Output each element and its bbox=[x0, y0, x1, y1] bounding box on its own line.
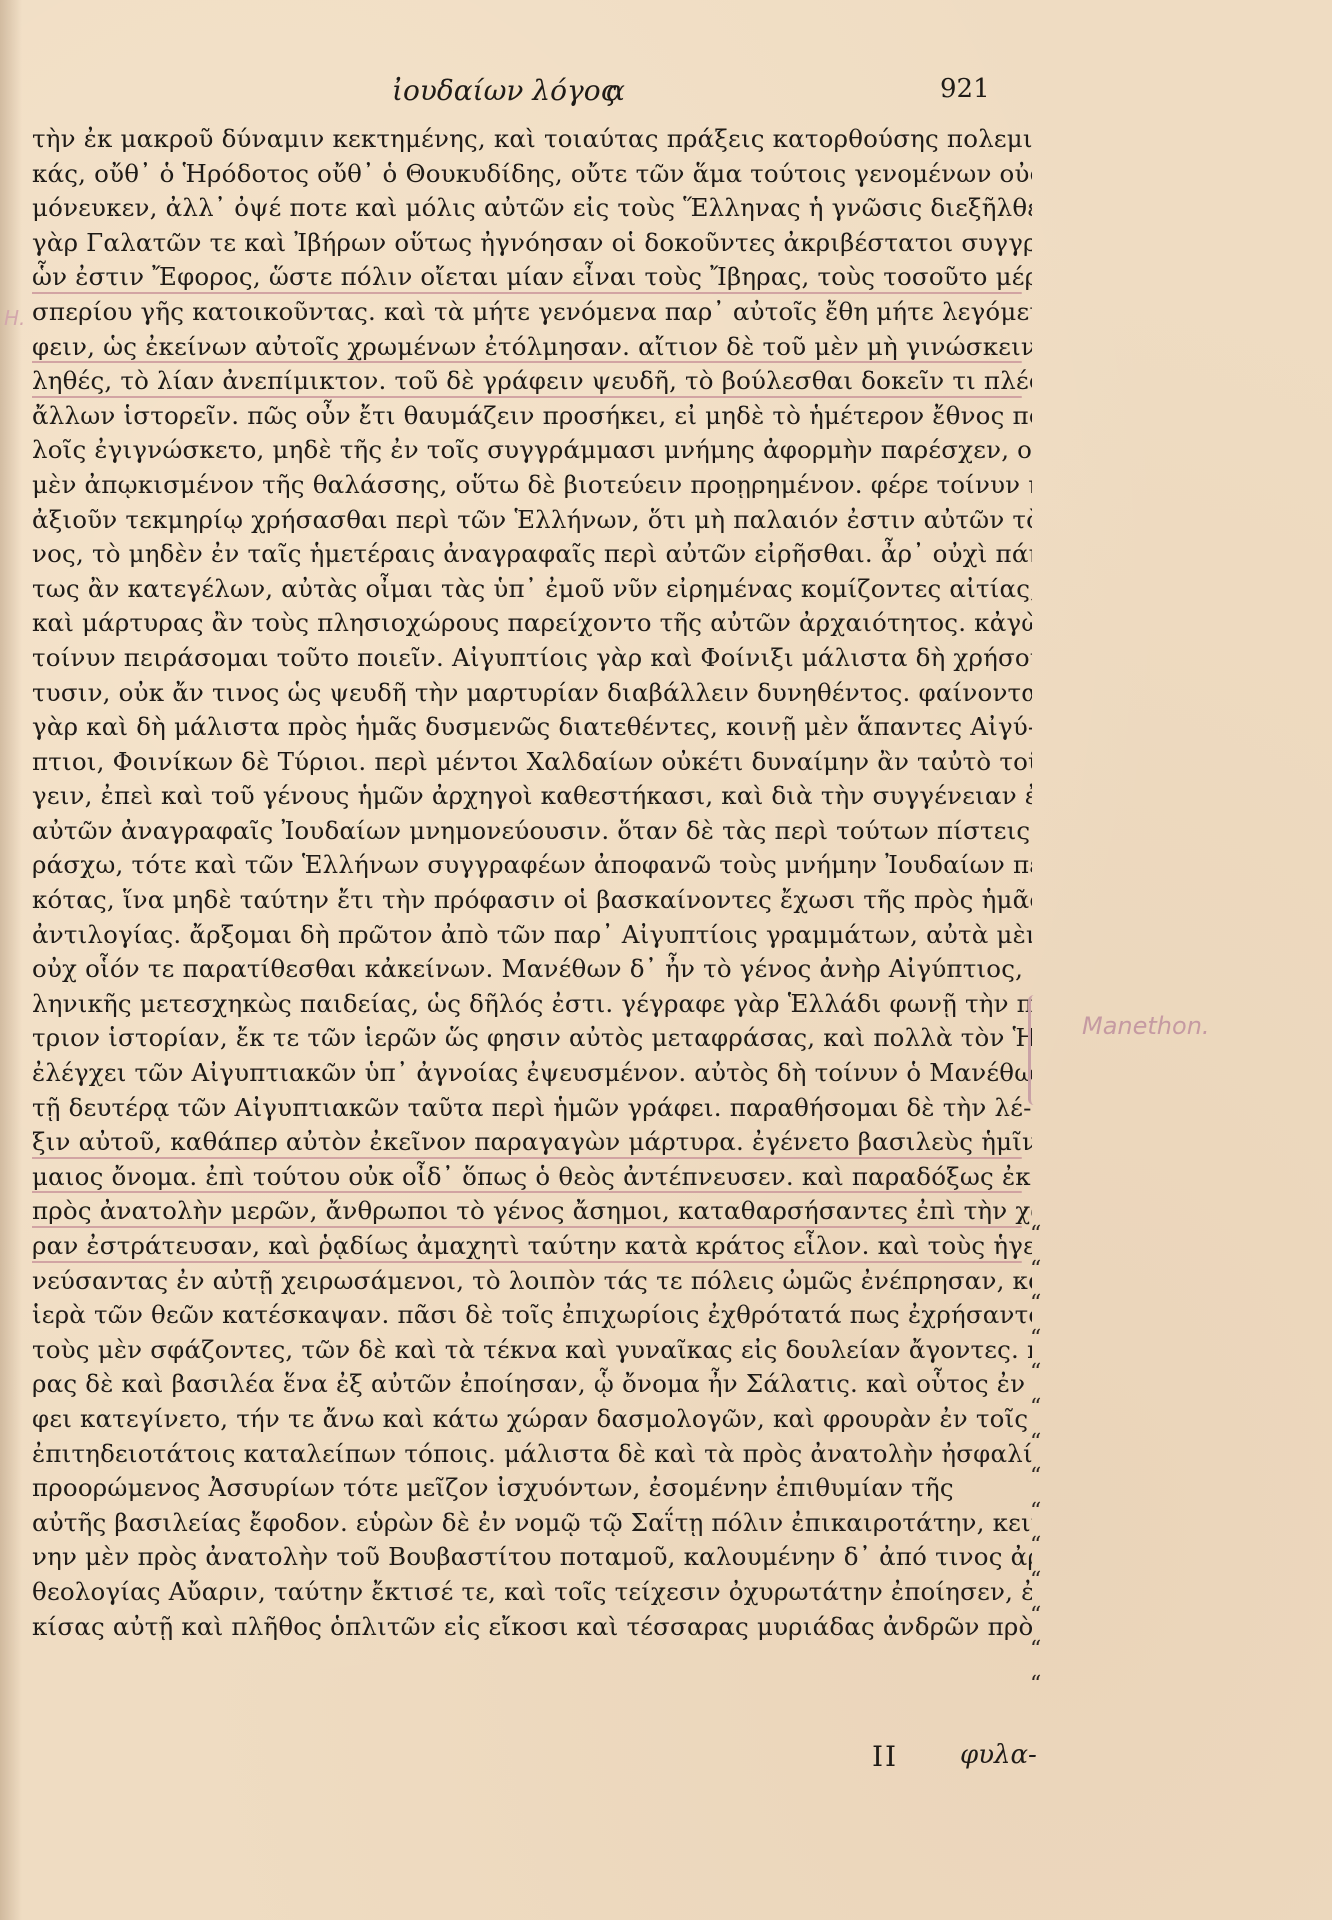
body-text: τὴν ἐκ μακροῦ δύναμιν κεκτημένης, καὶ το… bbox=[32, 122, 1032, 1644]
text-line: νος, τὸ μηδὲν ἐν ταῖς ἡμετέραις ἀναγραφα… bbox=[32, 537, 1032, 572]
text-line: ληνικῆς μετεσχηκὼς παιδείας, ὡς δῆλός ἐσ… bbox=[32, 987, 1032, 1022]
quotation-mark: “ bbox=[1030, 1253, 1060, 1288]
quotation-mark: “ bbox=[1030, 1391, 1060, 1426]
signature-mark: II bbox=[872, 1740, 898, 1773]
quotation-mark: “ bbox=[1030, 1356, 1060, 1391]
quotation-mark: “ bbox=[1030, 1668, 1060, 1703]
quotation-mark: “ bbox=[1030, 1495, 1060, 1530]
text-line: κίσας αὐτῇ καὶ πλῆθος ὁπλιτῶν εἰς εἴκοσι… bbox=[32, 1610, 1032, 1645]
text-line: τυσιν, οὐκ ἄν τινος ὡς ψευδῆ τὴν μαρτυρί… bbox=[32, 676, 1032, 711]
text-line: ληθές, τὸ λίαν ἀνεπίμικτον. τοῦ δὲ γράφε… bbox=[32, 364, 1032, 399]
quotation-mark: “ bbox=[1030, 1529, 1060, 1564]
text-line: οὐχ οἷόν τε παρατίθεσθαι κἀκείνων. Μανέθ… bbox=[32, 952, 1032, 987]
text-line: ἐπιτηδειοτάτοις καταλείπων τόποις. μάλισ… bbox=[32, 1437, 1032, 1472]
text-line: τὴν ἐκ μακροῦ δύναμιν κεκτημένης, καὶ το… bbox=[32, 122, 1032, 157]
quotation-mark: “ bbox=[1030, 1460, 1060, 1495]
text-line: τριον ἱστορίαν, ἔκ τε τῶν ἱερῶν ὥς φησιν… bbox=[32, 1021, 1032, 1056]
text-line: νεύσαντας ἐν αὐτῇ χειρωσάμενοι, τὸ λοιπὸ… bbox=[32, 1264, 1032, 1299]
text-line: καὶ μάρτυρας ἂν τοὺς πλησιοχώρους παρείχ… bbox=[32, 606, 1032, 641]
quotation-mark: “ bbox=[1030, 1322, 1060, 1357]
text-line: κότας, ἵνα μηδὲ ταύτην ἔτι τὴν πρόφασιν … bbox=[32, 883, 1032, 918]
book-number: α bbox=[606, 74, 625, 107]
text-line: γὰρ καὶ δὴ μάλιστα πρὸς ἡμᾶς δυσμενῶς δι… bbox=[32, 710, 1032, 745]
text-line: ραν ἐστράτευσαν, καὶ ῥᾳδίως ἀμαχητὶ ταύτ… bbox=[32, 1229, 1032, 1264]
text-line: γὰρ Γαλατῶν τε καὶ Ἰβήρων οὕτως ἠγνόησαν… bbox=[32, 226, 1032, 261]
text-line: σπερίου γῆς κατοικοῦντας. καὶ τὰ μήτε γε… bbox=[32, 295, 1032, 330]
text-line: τῇ δευτέρᾳ τῶν Αἰγυπτιακῶν ταῦτα περὶ ἡμ… bbox=[32, 1091, 1032, 1126]
text-line: αὐτῶν ἀναγραφαῖς Ἰουδαίων μνημονεύουσιν.… bbox=[32, 814, 1032, 849]
text-line: ἀξιοῦν τεκμηρίῳ χρήσασθαι περὶ τῶν Ἑλλήν… bbox=[32, 503, 1032, 538]
quotation-mark: “ bbox=[1030, 1564, 1060, 1599]
text-line: ξιν αὐτοῦ, καθάπερ αὐτὸν ἐκεῖνον παραγαγ… bbox=[32, 1125, 1032, 1160]
catchword: φυλα- bbox=[960, 1740, 1037, 1770]
text-line: θεολογίας Αὔαριν, ταύτην ἔκτισέ τε, καὶ … bbox=[32, 1575, 1032, 1610]
quotation-mark: “ bbox=[1030, 1599, 1060, 1634]
left-margin-note: H. bbox=[4, 306, 25, 330]
quotation-mark: “ bbox=[1030, 1426, 1060, 1461]
text-line: τοὺς μὲν σφάζοντες, τῶν δὲ καὶ τὰ τέκνα … bbox=[32, 1333, 1032, 1368]
text-line: τοίνυν πειράσομαι τοῦτο ποιεῖν. Αἰγυπτίο… bbox=[32, 641, 1032, 676]
text-line: ἱερὰ τῶν θεῶν κατέσκαψαν. πᾶσι δὲ τοῖς ἐ… bbox=[32, 1298, 1032, 1333]
text-line: μόνευκεν, ἀλλ᾽ ὀψέ ποτε καὶ μόλις αὐτῶν … bbox=[32, 191, 1032, 226]
quotation-mark: “ bbox=[1030, 1633, 1060, 1668]
text-line: προορώμενος Ἀσσυρίων τότε μεῖζον ἰσχυόντ… bbox=[32, 1471, 1032, 1506]
text-line: τως ἂν κατεγέλων, αὐτὰς οἶμαι τὰς ὑπ᾽ ἐμ… bbox=[32, 572, 1032, 607]
margin-bracket bbox=[1028, 995, 1041, 1105]
text-line: φει κατεγίνετο, τήν τε ἄνω καὶ κάτω χώρα… bbox=[32, 1402, 1032, 1437]
text-line: νην μὲν πρὸς ἀνατολὴν τοῦ Βουβαστίτου πο… bbox=[32, 1540, 1032, 1575]
running-title: ἰουδαίων λόγος bbox=[392, 74, 616, 107]
text-line: πτιοι, Φοινίκων δὲ Τύριοι. περὶ μέντοι Χ… bbox=[32, 745, 1032, 780]
quotation-mark: “ bbox=[1030, 1218, 1060, 1253]
page-number: 921 bbox=[940, 74, 990, 104]
text-line: ὧν ἐστιν Ἔφορος, ὥστε πόλιν οἴεται μίαν … bbox=[32, 260, 1032, 295]
text-line: φειν, ὡς ἐκείνων αὐτοῖς χρωμένων ἐτόλμησ… bbox=[32, 330, 1032, 365]
text-line: ρας δὲ καὶ βασιλέα ἕνα ἐξ αὐτῶν ἐποίησαν… bbox=[32, 1367, 1032, 1402]
text-line: πρὸς ἀνατολὴν μερῶν, ἄνθρωποι τὸ γένος ἄ… bbox=[32, 1194, 1032, 1229]
quotation-marks-column: ““““““““““““““ bbox=[1030, 1218, 1060, 1702]
text-line: αὐτῆς βασιλείας ἔφοδον. εὑρὼν δὲ ἐν νομῷ… bbox=[32, 1506, 1032, 1541]
text-line: λοῖς ἐγιγνώσκετο, μηδὲ τῆς ἐν τοῖς συγγρ… bbox=[32, 433, 1032, 468]
text-line: ράσχω, τότε καὶ τῶν Ἑλλήνων συγγραφέων ἀ… bbox=[32, 848, 1032, 883]
text-line: κάς, οὔθ᾽ ὁ Ἡρόδοτος οὔθ᾽ ὁ Θουκυδίδης, … bbox=[32, 157, 1032, 192]
quotation-mark: “ bbox=[1030, 1287, 1060, 1322]
right-margin-note: Manethon. bbox=[1082, 1012, 1210, 1040]
text-line: μαιος ὄνομα. ἐπὶ τούτου οὐκ οἶδ᾽ ὅπως ὁ … bbox=[32, 1160, 1032, 1195]
running-header: ἰουδαίων λόγος α 921 bbox=[0, 70, 1332, 110]
text-line: μὲν ἀπῳκισμένον τῆς θαλάσσης, οὕτω δὲ βι… bbox=[32, 468, 1032, 503]
text-line: ἄλλων ἱστορεῖν. πῶς οὖν ἔτι θαυμάζειν πρ… bbox=[32, 399, 1032, 434]
text-line: γειν, ἐπεὶ καὶ τοῦ γένους ἡμῶν ἀρχηγοὶ κ… bbox=[32, 779, 1032, 814]
page-gutter-shadow bbox=[0, 0, 22, 1920]
text-line: ἐλέγχει τῶν Αἰγυπτιακῶν ὑπ᾽ ἀγνοίας ἐψευ… bbox=[32, 1056, 1032, 1091]
text-line: ἀντιλογίας. ἄρξομαι δὴ πρῶτον ἀπὸ τῶν πα… bbox=[32, 918, 1032, 953]
